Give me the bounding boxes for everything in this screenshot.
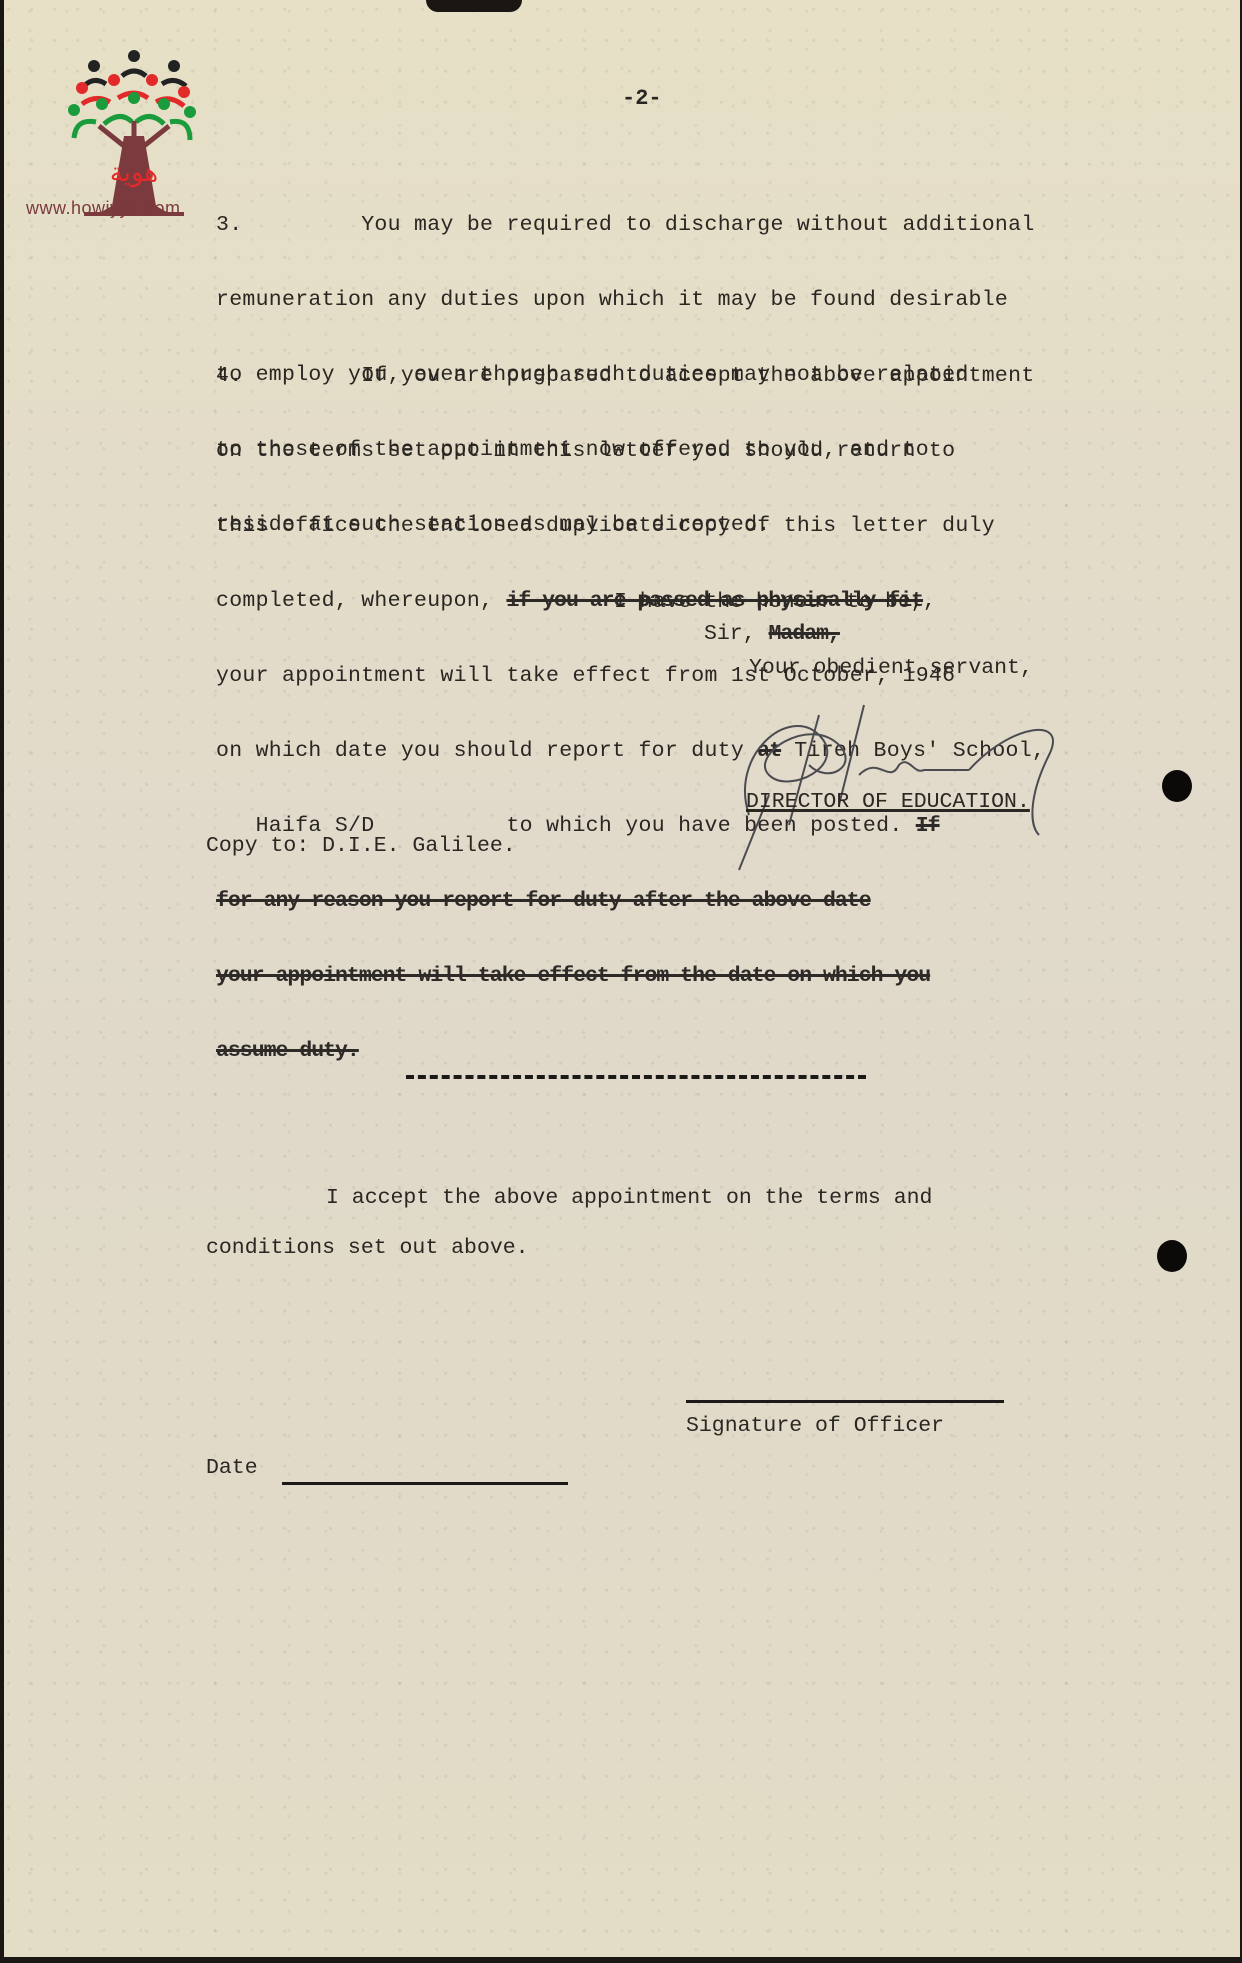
signatory-title: DIRECTOR OF EDUCATION. [746, 790, 1030, 814]
date-line[interactable] [282, 1482, 568, 1485]
page-number: -2- [622, 86, 662, 111]
logo-url: www.howiyya.com [26, 198, 181, 219]
date-label: Date [206, 1456, 258, 1480]
closing-line-3: Your obedient servant, [749, 656, 1033, 680]
letter-page: هوية www.howiyya.com -2- 3. You may be r… [4, 0, 1240, 1957]
paragraph-4-line: this office the enclosed duplicate copy … [216, 514, 1045, 539]
svg-text:هوية: هوية [110, 158, 158, 188]
howiyya-logo-icon: هوية [24, 26, 204, 226]
paragraph-3-number: 3. [216, 213, 242, 237]
struck-line: assume duty. [216, 1039, 1045, 1064]
punctuation: , [923, 589, 936, 613]
paragraph-4-number: 4. [216, 364, 242, 388]
paragraph-4-line: completed, whereupon, [216, 589, 506, 613]
handwritten-signature [729, 695, 1129, 875]
acceptance-line-1: I accept the above appointment on the te… [326, 1186, 932, 1210]
salutation: Sir, Madam, [704, 622, 840, 646]
struck-line: for any reason you report for duty after… [216, 889, 1045, 914]
punch-hole [1157, 1240, 1187, 1272]
paragraph-3-line: remuneration any duties upon which it ma… [216, 288, 1035, 313]
copy-to-line: Copy to: D.I.E. Galilee. [206, 834, 516, 858]
paragraph-4-line: on the terms set out in this letter you … [216, 439, 1045, 464]
separator-dashed-line [406, 1075, 866, 1079]
struck-line: your appointment will take effect from t… [216, 964, 1045, 989]
signature-line[interactable] [686, 1400, 1004, 1403]
signature-label: Signature of Officer [686, 1414, 944, 1438]
acceptance-line-2: conditions set out above. [206, 1236, 529, 1260]
paragraph-4-line: If you are prepared to accept the above … [361, 364, 1034, 388]
paragraph-3-line: You may be required to discharge without… [361, 213, 1034, 237]
binder-tab [426, 0, 522, 12]
closing-line-1: I have the honour to be, [614, 590, 924, 614]
punch-hole [1162, 770, 1192, 802]
salutation-sir: Sir, [704, 622, 769, 646]
paragraph-4-line: on which date you should report for duty [216, 739, 757, 763]
struck-text: Madam, [769, 622, 840, 646]
